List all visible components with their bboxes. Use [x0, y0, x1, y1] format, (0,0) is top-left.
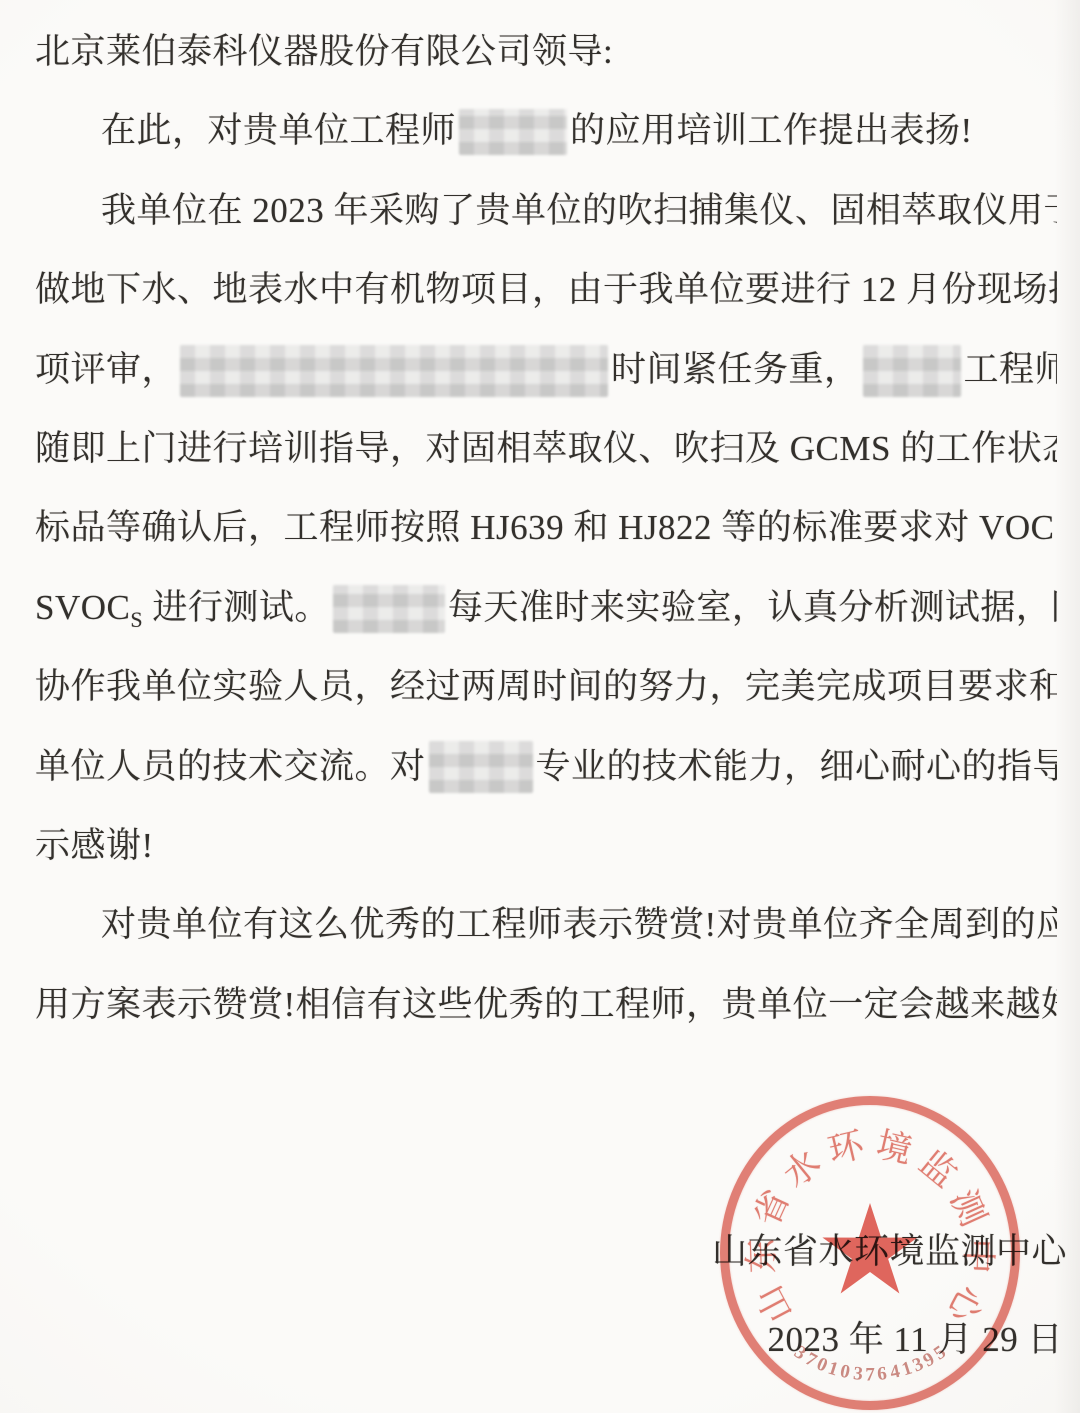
- letter-line: 我单位在 2023 年采购了贵单位的吹扫捕集仪、固相萃取仪用于: [35, 171, 1057, 250]
- letter-text: 在此，对贵单位工程师: [101, 111, 456, 150]
- letter-text: 做地下水、地表水中有机物项目，由于我单位要进行 12 月份现场扩: [35, 270, 1057, 309]
- letter-text: SVOC: [35, 588, 130, 627]
- letter-line: 用方案表示赞赏!相信有这些优秀的工程师，贵单位一定会越来越好!: [35, 965, 1057, 1044]
- seal-serial-digit: 7: [865, 1366, 875, 1385]
- letter-body: 北京莱伯泰科仪器股份有限公司领导:在此，对贵单位工程师的应用培训工作提出表扬!我…: [35, 12, 1057, 1044]
- letter-line: 北京莱伯泰科仪器股份有限公司领导:: [35, 12, 1057, 91]
- seal-arc-char: 东: [744, 1238, 780, 1274]
- letter-text: 工程师: [964, 350, 1057, 389]
- letter-line: 单位人员的技术交流。对专业的技术能力，细心耐心的指导表: [35, 727, 1057, 806]
- letter-text: 随即上门进行培训指导，对固相萃取仪、吹扫及 GCMS 的工作状态、: [35, 429, 1057, 468]
- letter-line: SVOCS 进行测试。每天准时来实验室，认真分析测试据，陪同: [35, 568, 1057, 647]
- letter-text: 单位人员的技术交流。对: [35, 747, 426, 786]
- seal-arc-char: 中: [960, 1238, 996, 1274]
- letter-text: 专业的技术能力，细心耐心的指导表: [536, 747, 1057, 786]
- letter-line: 项评审，时间紧任务重，工程师: [35, 330, 1057, 409]
- letter-line: 随即上门进行培训指导，对固相萃取仪、吹扫及 GCMS 的工作状态、: [35, 409, 1057, 488]
- letter-line: 协作我单位实验人员，经过两周时间的努力，完美完成项目要求和我: [35, 647, 1057, 726]
- star-shape: [822, 1203, 917, 1294]
- subscript-text: S: [130, 607, 143, 632]
- letter-line: 对贵单位有这么优秀的工程师表示赞赏!对贵单位齐全周到的应: [35, 885, 1057, 964]
- letter-text: 项评审，: [35, 350, 177, 389]
- official-seal: 山东省水环境监测中心 3701037641395: [720, 1096, 1020, 1410]
- seal-serial-digit: 3: [852, 1364, 863, 1384]
- scanned-letter-page: { "page":{ "paper_color":"#f7f6f3", "ink…: [0, 0, 1080, 1413]
- letter-line: 在此，对贵单位工程师的应用培训工作提出表扬!: [35, 91, 1057, 170]
- redacted-text: [429, 741, 533, 793]
- letter-line: 标品等确认后，工程师按照 HJ639 和 HJ822 等的标准要求对 VOC 和: [35, 488, 1057, 567]
- seal-star-icon: [818, 1199, 922, 1307]
- letter-text: 我单位在 2023 年采购了贵单位的吹扫捕集仪、固相萃取仪用于: [101, 191, 1057, 230]
- letter-text: 用方案表示赞赏!相信有这些优秀的工程师，贵单位一定会越来越好!: [35, 985, 1057, 1024]
- letter-text: 标品等确认后，工程师按照 HJ639 和 HJ822 等的标准要求对 VOC 和: [35, 508, 1057, 547]
- letter-text: 示感谢!: [35, 826, 154, 865]
- redacted-text: [459, 109, 567, 155]
- redacted-text: [180, 345, 608, 397]
- redacted-text: [863, 345, 961, 397]
- letter-line: 示感谢!: [35, 806, 1057, 885]
- letter-text: 对贵单位有这么优秀的工程师表示赞赏!对贵单位齐全周到的应: [101, 905, 1057, 944]
- letter-text: 每天准时来实验室，认真分析测试据，陪同: [448, 588, 1057, 627]
- letter-line: 做地下水、地表水中有机物项目，由于我单位要进行 12 月份现场扩: [35, 250, 1057, 329]
- letter-text: 时间紧任务重，: [611, 350, 860, 389]
- letter-text: 北京莱伯泰科仪器股份有限公司领导:: [35, 32, 613, 71]
- letter-text: 的应用培训工作提出表扬!: [570, 111, 973, 150]
- seal-arc-char: 环: [824, 1127, 866, 1169]
- letter-text: 协作我单位实验人员，经过两周时间的努力，完美完成项目要求和我: [35, 667, 1057, 706]
- redacted-text: [333, 585, 445, 633]
- letter-text: 进行测试。: [143, 588, 330, 627]
